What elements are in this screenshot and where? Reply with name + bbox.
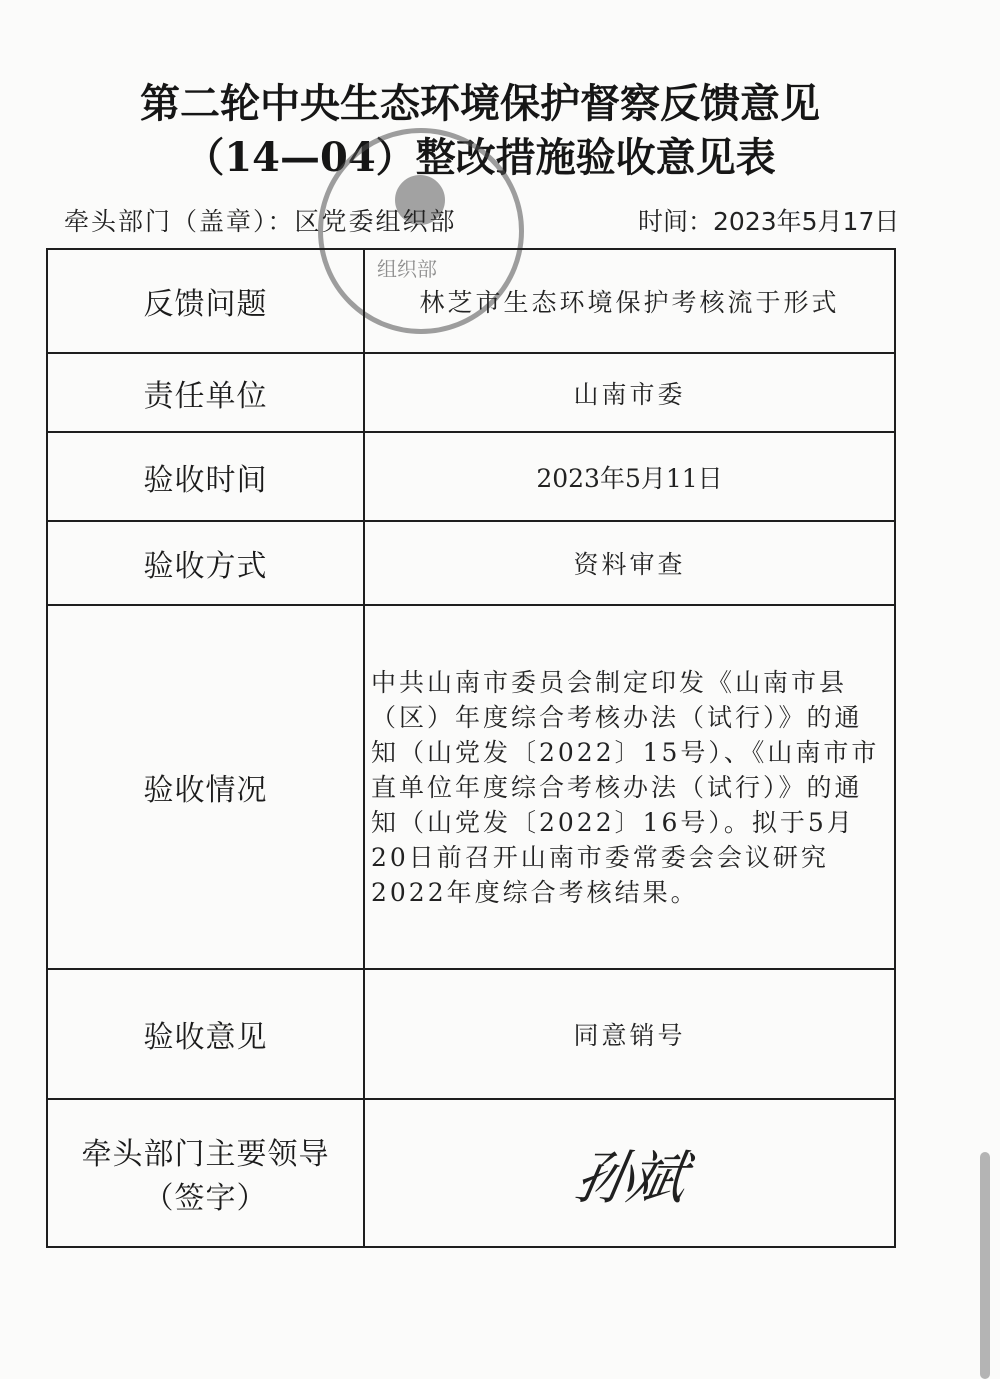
date-label: 时间： [638,207,713,236]
table-row-acceptance-time: 验收时间 2023年5月11日 [47,432,895,521]
row-value: 中共山南市委员会制定印发《山南市县（区）年度综合考核办法（试行）》的通知（山党发… [364,605,895,969]
row-value: 同意销号 [364,969,895,1099]
row-value: 山南市委 [364,353,895,432]
table-row-responsible-unit: 责任单位 山南市委 [47,353,895,432]
row-label: 牵头部门主要领导 （签字） [47,1099,364,1247]
acceptance-form-table: 反馈问题 林芝市生态环境保护考核流于形式 责任单位 山南市委 验收时间 2023… [46,248,896,1248]
table-row-leader-signature: 牵头部门主要领导 （签字） 孙斌 [47,1099,895,1247]
row-label-line1: 牵头部门主要领导 [49,1129,362,1173]
row-label: 验收情况 [47,605,364,969]
row-label: 验收时间 [47,432,364,521]
lead-department: 牵头部门（盖章）：区党委组织部 [64,202,457,238]
table-row-feedback-issue: 反馈问题 林芝市生态环境保护考核流于形式 [47,249,895,353]
row-value: 林芝市生态环境保护考核流于形式 [364,249,895,353]
row-label: 验收方式 [47,521,364,605]
row-label-line2: （签字） [49,1173,362,1217]
signature-cell: 孙斌 [364,1099,895,1247]
row-value: 2023年5月11日 [364,432,895,521]
row-value: 资料审查 [364,521,895,605]
row-label: 验收意见 [47,969,364,1099]
date-value: 2023年5月17日 [713,207,899,236]
document-title-line1: 第二轮中央生态环境保护督察反馈意见 [0,72,960,129]
lead-department-label: 牵头部门（盖章）： [64,207,295,236]
handwritten-signature: 孙斌 [570,1131,689,1215]
row-label: 责任单位 [47,353,364,432]
table-row-acceptance-status: 验收情况 中共山南市委员会制定印发《山南市县（区）年度综合考核办法（试行）》的通… [47,605,895,969]
document-date: 时间：2023年5月17日 [638,202,899,238]
lead-department-value: 区党委组织部 [295,207,457,236]
vertical-scrollbar[interactable] [980,1152,990,1379]
row-label: 反馈问题 [47,249,364,353]
table-row-acceptance-opinion: 验收意见 同意销号 [47,969,895,1099]
table-row-acceptance-method: 验收方式 资料审查 [47,521,895,605]
